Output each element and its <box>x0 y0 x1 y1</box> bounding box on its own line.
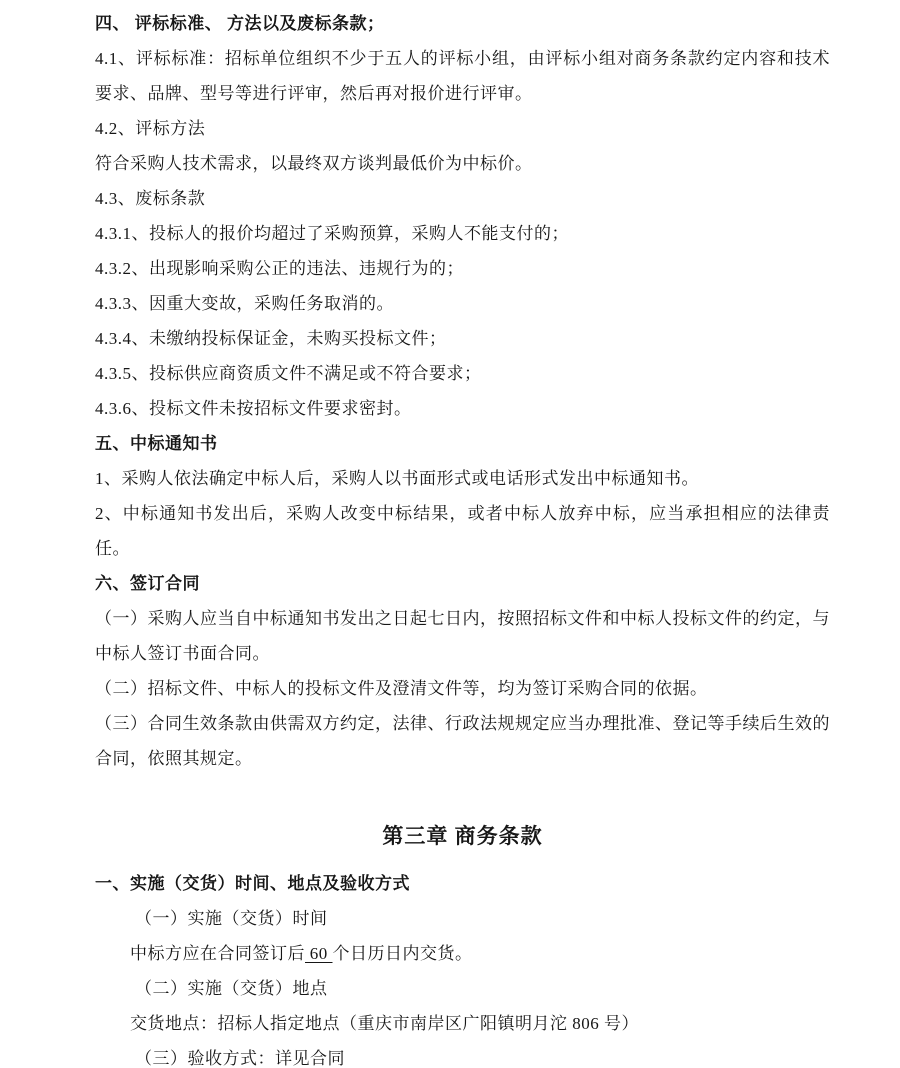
para-c3-delivery-time: 中标方应在合同签订后 60 个日历日内交货。 <box>95 936 830 971</box>
heading-section-6-sign-contract: 六、签订合同 <box>95 566 830 601</box>
delivery-time-prefix: 中标方应在合同签订后 <box>130 944 305 963</box>
para-4-2-eval-method-body: 符合采购人技术需求，以最终双方谈判最低价为中标价。 <box>95 146 830 181</box>
delivery-time-suffix: 个日历日内交货。 <box>333 944 473 963</box>
para-4-1-eval-standard: 4.1、评标标准：招标单位组织不少于五人的评标小组，由评标小组对商务条款约定内容… <box>95 41 830 111</box>
para-4-3-3: 4.3.3、因重大变故，采购任务取消的。 <box>95 286 830 321</box>
para-4-3-5: 4.3.5、投标供应商资质文件不满足或不符合要求； <box>95 356 830 391</box>
delivery-days-underlined: 60 <box>305 944 333 963</box>
para-c3-1-1-delivery-time-title: （一）实施（交货）时间 <box>95 901 830 936</box>
para-4-3-6: 4.3.6、投标文件未按招标文件要求密封。 <box>95 391 830 426</box>
para-4-3-2: 4.3.2、出现影响采购公正的违法、违规行为的； <box>95 251 830 286</box>
para-6-2: （二）招标文件、中标人的投标文件及澄清文件等，均为签订采购合同的依据。 <box>95 671 830 706</box>
para-c3-delivery-place: 交货地点：招标人指定地点（重庆市南岸区广阳镇明月沱 806 号） <box>95 1006 830 1041</box>
heading-section-4-eval-criteria: 四、 评标标准、 方法以及废标条款； <box>95 6 830 41</box>
heading-c3-section-1-delivery: 一、实施（交货）时间、地点及验收方式 <box>95 866 830 901</box>
para-c3-1-3-acceptance-method: （三）验收方式：详见合同 <box>95 1041 830 1068</box>
heading-section-5-award-notice: 五、中标通知书 <box>95 426 830 461</box>
document-page: 四、 评标标准、 方法以及废标条款； 4.1、评标标准：招标单位组织不少于五人的… <box>0 0 900 1068</box>
para-6-1: （一）采购人应当自中标通知书发出之日起七日内，按照招标文件和中标人投标文件的约定… <box>95 601 830 671</box>
para-4-3-invalid-bid-title: 4.3、废标条款 <box>95 181 830 216</box>
para-4-2-eval-method-title: 4.2、评标方法 <box>95 111 830 146</box>
para-4-3-4: 4.3.4、未缴纳投标保证金，未购买投标文件； <box>95 321 830 356</box>
para-c3-1-2-delivery-place-title: （二）实施（交货）地点 <box>95 971 830 1006</box>
chapter-3-title: 第三章 商务条款 <box>95 816 830 856</box>
para-5-1: 1、采购人依法确定中标人后，采购人以书面形式或电话形式发出中标通知书。 <box>95 461 830 496</box>
para-6-3: （三）合同生效条款由供需双方约定，法律、行政法规规定应当办理批准、登记等手续后生… <box>95 706 830 776</box>
para-4-3-1: 4.3.1、投标人的报价均超过了采购预算，采购人不能支付的； <box>95 216 830 251</box>
para-5-2: 2、中标通知书发出后，采购人改变中标结果，或者中标人放弃中标，应当承担相应的法律… <box>95 496 830 566</box>
